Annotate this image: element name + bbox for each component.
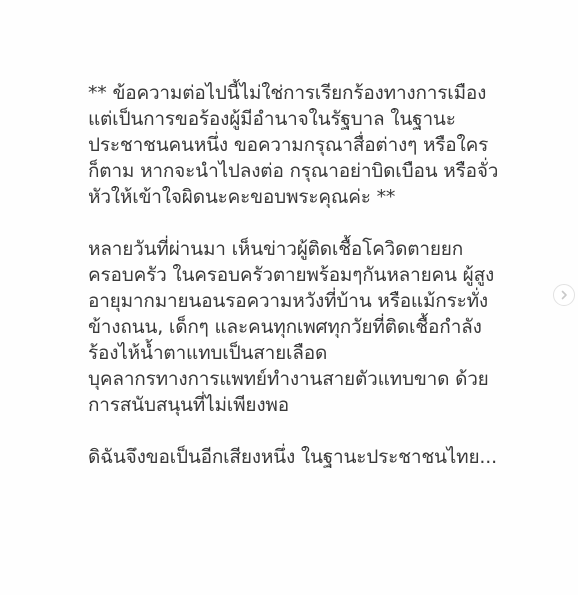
paragraph-closing: ดิฉันจึงขอเป็นอีกเสียงหนึ่ง ในฐานะประชาช…	[88, 444, 528, 470]
text-line: แต่เป็นการขอร้องผู้มีอำนาจในรัฐบาล ในฐาน…	[88, 106, 528, 132]
text-line: การสนับสนุนที่ไม่เพียงพอ	[88, 392, 528, 418]
carousel-next-button[interactable]	[553, 284, 575, 306]
text-line: ครอบครัว ในครอบครัวตายพร้อมๆกันหลายคน ผู…	[88, 262, 528, 288]
text-line: ** ข้อความต่อไปนี้ไม่ใช่การเรียกร้องทางก…	[88, 80, 528, 106]
text-line: ข้างถนน, เด็กๆ และคนทุกเพศทุกวัยที่ติดเช…	[88, 314, 528, 340]
text-line: ก็ตาม หากจะนำไปลงต่อ กรุณาอย่าบิดเบือน ห…	[88, 158, 528, 184]
text-line: หัวให้เข้าใจผิดนะคะขอบพระคุณค่ะ **	[88, 184, 528, 210]
text-line: อายุมากมายนอนรอความหวังที่บ้าน หรือแม้กร…	[88, 288, 528, 314]
text-line: บุคลากรทางการแพทย์ทำงานสายตัวแทบขาด ด้วย	[88, 366, 528, 392]
text-line: ร้องไห้น้ำตาแทบเป็นสายเลือด	[88, 340, 528, 366]
text-line: ดิฉันจึงขอเป็นอีกเสียงหนึ่ง ในฐานะประชาช…	[88, 444, 528, 470]
post-image: ** ข้อความต่อไปนี้ไม่ใช่การเรียกร้องทางก…	[0, 0, 578, 595]
paragraph-disclaimer: ** ข้อความต่อไปนี้ไม่ใช่การเรียกร้องทางก…	[88, 80, 528, 210]
paragraph-situation: หลายวันที่ผ่านมา เห็นข่าวผู้ติดเชื้อโควิ…	[88, 236, 528, 418]
chevron-right-icon	[559, 290, 569, 300]
text-line: หลายวันที่ผ่านมา เห็นข่าวผู้ติดเชื้อโควิ…	[88, 236, 528, 262]
post-text: ** ข้อความต่อไปนี้ไม่ใช่การเรียกร้องทางก…	[88, 80, 528, 470]
text-line: ประชาชนคนหนึ่ง ขอความกรุณาสื่อต่างๆ หรือ…	[88, 132, 528, 158]
